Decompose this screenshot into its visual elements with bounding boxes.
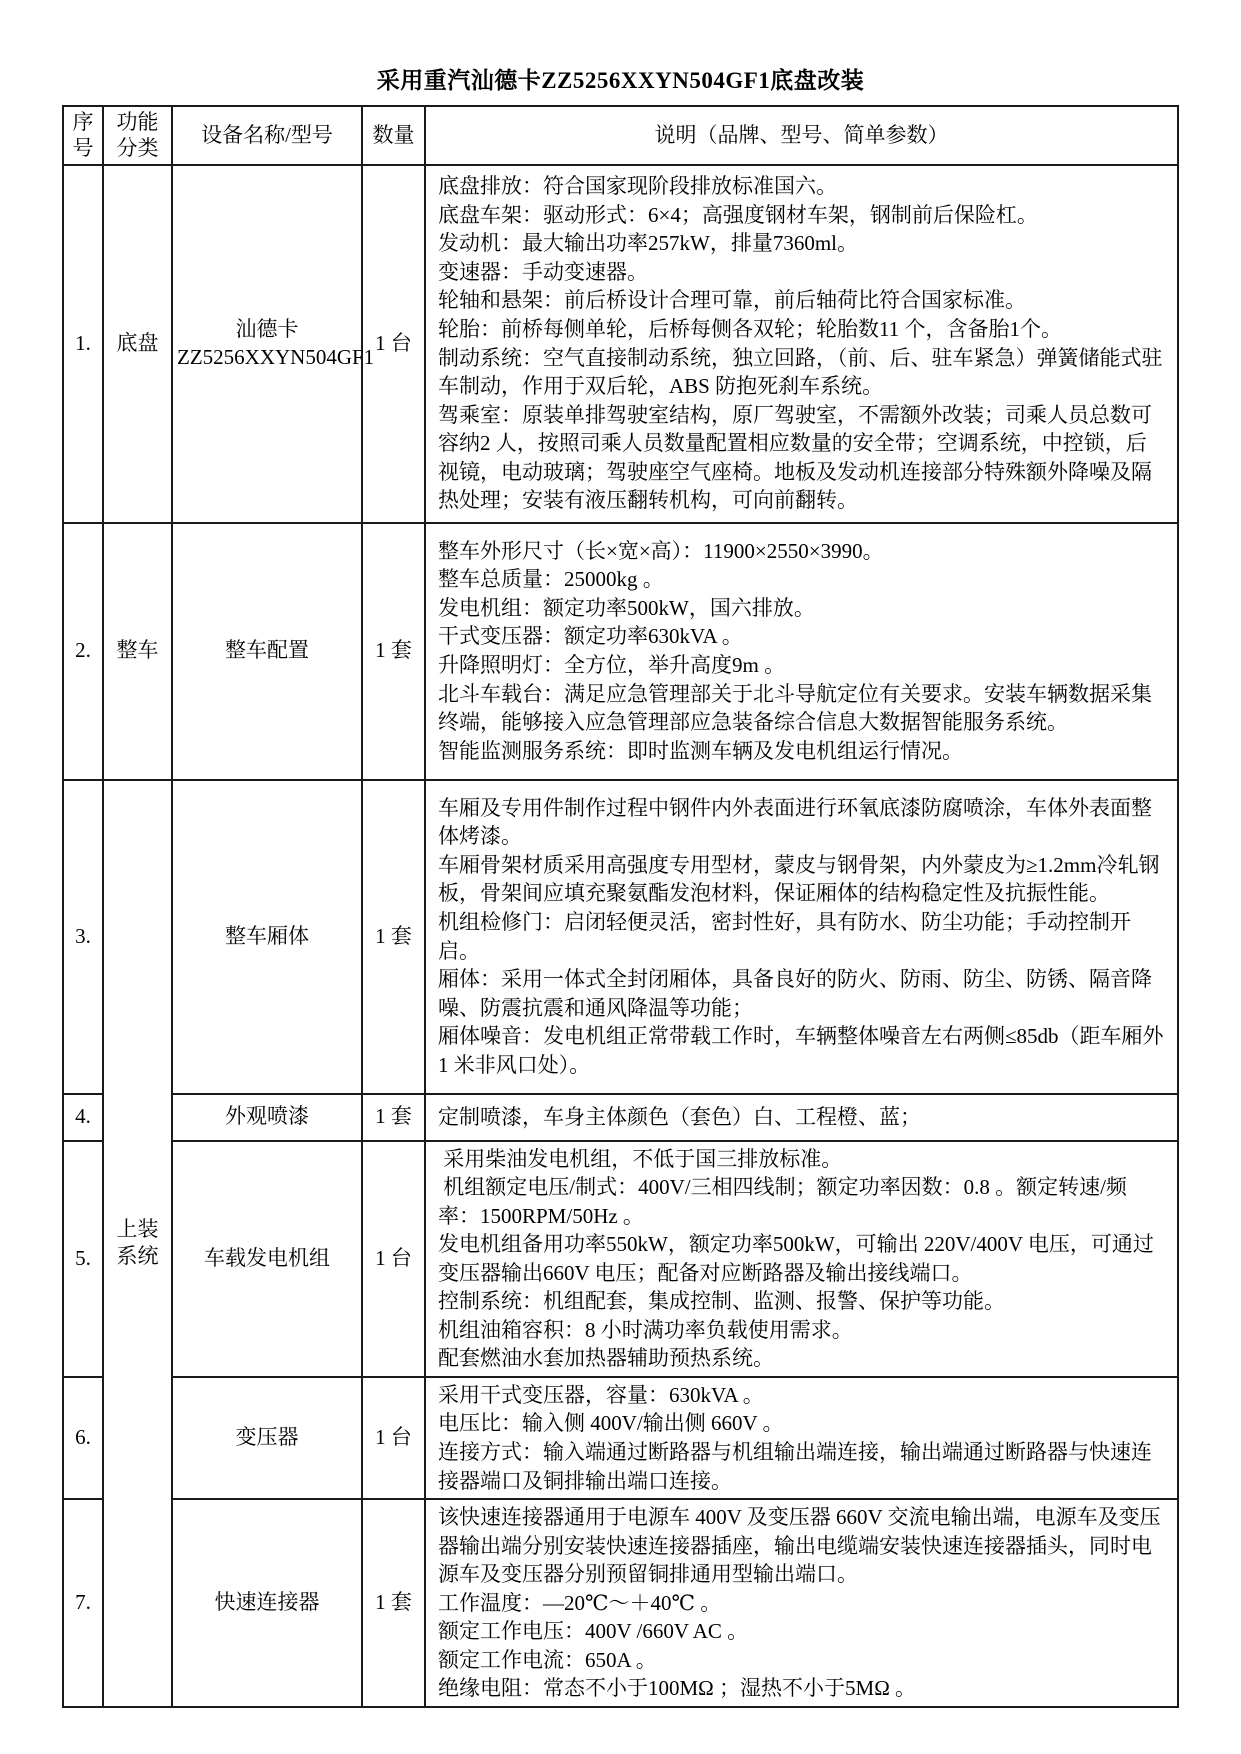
header-description: 说明（品牌、型号、简单参数） — [425, 106, 1178, 165]
equipment-name: 外观喷漆 — [172, 1094, 362, 1141]
page-title: 采用重汽汕德卡ZZ5256XXYN504GF1底盘改装 — [0, 0, 1241, 95]
function-category: 整车 — [103, 523, 172, 780]
table-header-row: 序 号 功能 分类 设备名称/型号 数量 说明（品牌、型号、简单参数） — [63, 106, 1178, 165]
function-category-merged: 上装 系统 — [103, 780, 172, 1707]
quantity: 1 台 — [362, 1141, 425, 1377]
header-function-category: 功能 分类 — [103, 106, 172, 165]
table-row: 3. 上装 系统 整车厢体 1 套 车厢及专用件制作过程中钢件内外表面进行环氧底… — [63, 780, 1178, 1094]
quantity: 1 套 — [362, 1499, 425, 1707]
function-category: 底盘 — [103, 165, 172, 523]
serial-no: 7. — [63, 1499, 103, 1707]
table-row: 4. 外观喷漆 1 套 定制喷漆，车身主体颜色（套色）白、工程橙、蓝； — [63, 1094, 1178, 1141]
quantity: 1 套 — [362, 1094, 425, 1141]
quantity: 1 套 — [362, 780, 425, 1094]
description: 底盘排放：符合国家现阶段排放标准国六。 底盘车架：驱动形式：6×4；高强度钢材车… — [425, 165, 1178, 523]
equipment-name: 车载发电机组 — [172, 1141, 362, 1377]
description: 采用柴油发电机组，不低于国三排放标准。 机组额定电压/制式：400V/三相四线制… — [425, 1141, 1178, 1377]
table-row: 7. 快速连接器 1 套 该快速连接器通用于电源车 400V 及变压器 660V… — [63, 1499, 1178, 1707]
table-row: 1. 底盘 汕德卡 ZZ5256XXYN504GF1 1 台 底盘排放：符合国家… — [63, 165, 1178, 523]
document-page: { "title": "采用重汽汕德卡ZZ5256XXYN504GF1底盘改装"… — [0, 0, 1241, 1754]
description: 采用干式变压器，容量：630kVA 。 电压比：输入侧 400V/输出侧 660… — [425, 1377, 1178, 1499]
description: 定制喷漆，车身主体颜色（套色）白、工程橙、蓝； — [425, 1094, 1178, 1141]
serial-no: 3. — [63, 780, 103, 1094]
quantity: 1 台 — [362, 165, 425, 523]
serial-no: 6. — [63, 1377, 103, 1499]
description: 车厢及专用件制作过程中钢件内外表面进行环氧底漆防腐喷涂，车体外表面整体烤漆。 车… — [425, 780, 1178, 1094]
equipment-name: 汕德卡 ZZ5256XXYN504GF1 — [172, 165, 362, 523]
equipment-name: 变压器 — [172, 1377, 362, 1499]
table-row: 6. 变压器 1 台 采用干式变压器，容量：630kVA 。 电压比：输入侧 4… — [63, 1377, 1178, 1499]
header-serial-no: 序 号 — [63, 106, 103, 165]
description: 该快速连接器通用于电源车 400V 及变压器 660V 交流电输出端，电源车及变… — [425, 1499, 1178, 1707]
serial-no: 1. — [63, 165, 103, 523]
equipment-name: 快速连接器 — [172, 1499, 362, 1707]
quantity: 1 套 — [362, 523, 425, 780]
serial-no: 2. — [63, 523, 103, 780]
description: 整车外形尺寸（长×宽×高）：11900×2550×3990。 整车总质量：250… — [425, 523, 1178, 780]
equipment-name: 整车厢体 — [172, 780, 362, 1094]
header-equipment-name: 设备名称/型号 — [172, 106, 362, 165]
table-row: 2. 整车 整车配置 1 套 整车外形尺寸（长×宽×高）：11900×2550×… — [63, 523, 1178, 780]
equipment-name: 整车配置 — [172, 523, 362, 780]
equipment-spec-table: 序 号 功能 分类 设备名称/型号 数量 说明（品牌、型号、简单参数） 1. 底… — [62, 105, 1179, 1708]
serial-no: 5. — [63, 1141, 103, 1377]
serial-no: 4. — [63, 1094, 103, 1141]
table-row: 5. 车载发电机组 1 台 采用柴油发电机组，不低于国三排放标准。 机组额定电压… — [63, 1141, 1178, 1377]
header-quantity: 数量 — [362, 106, 425, 165]
quantity: 1 台 — [362, 1377, 425, 1499]
